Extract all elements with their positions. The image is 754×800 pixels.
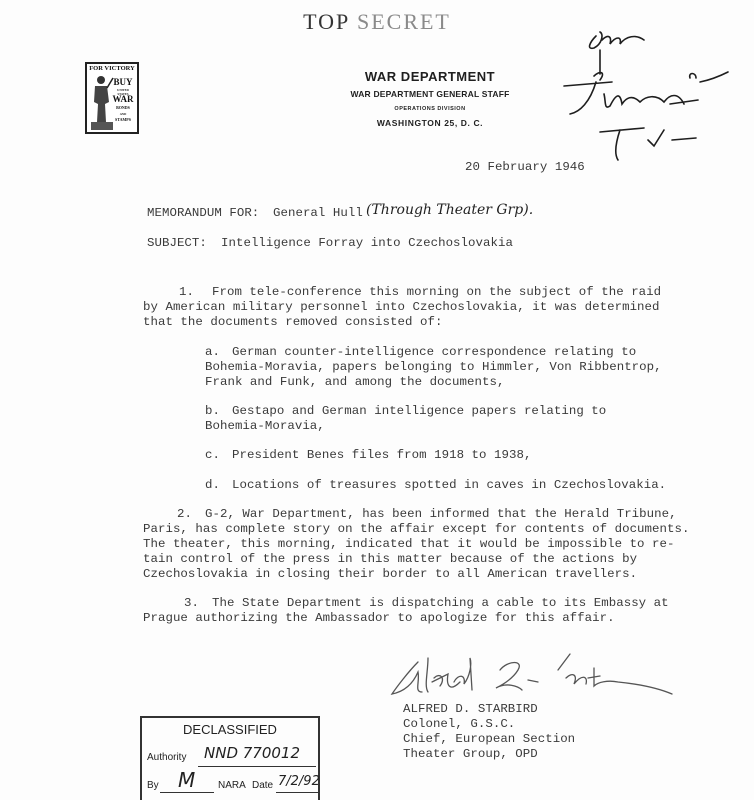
paragraph-1-number: 1. <box>179 285 194 299</box>
sub-item-b-letter: b. <box>205 404 220 418</box>
signer-name: ALFRED D. STARBIRD <box>403 702 538 716</box>
authority-value: NND 770012 <box>204 744 300 762</box>
sub-item-a-line: Bohemia-Moravia, papers belonging to Him… <box>205 360 662 374</box>
paragraph-1-line: From tele-conference this morning on the… <box>212 285 661 299</box>
handwritten-signature <box>388 652 678 702</box>
by-value: M <box>178 768 195 792</box>
paragraph-2-line: G-2, War Department, has been informed t… <box>205 507 677 521</box>
paragraph-3-line: Prague authorizing the Ambassador to apo… <box>143 611 615 625</box>
nara-label: NARA <box>218 780 246 791</box>
declassified-title: DECLASSIFIED <box>142 722 318 737</box>
signer-group: Theater Group, OPD <box>403 747 538 761</box>
authority-underline <box>198 766 316 767</box>
letterhead-address: WASHINGTON 25, D. C. <box>280 118 580 128</box>
memo-subject-value: Intelligence Forray into Czechoslovakia <box>221 236 513 250</box>
memo-page: TOP SECRET FOR VICTORY BUY UNITED STATES… <box>0 0 754 800</box>
war-bonds-poster-logo: FOR VICTORY BUY UNITED STATES WAR BONDS … <box>85 62 139 134</box>
memo-date: 20 February 1946 <box>465 160 585 174</box>
memo-for-recipient: General Hull <box>273 206 363 220</box>
memo-subject-label: SUBJECT: <box>147 236 207 250</box>
poster-buy: BUY <box>112 77 134 87</box>
sub-item-d-line: Locations of treasures spotted in caves … <box>232 478 666 492</box>
sub-item-b-line: Gestapo and German intelligence papers r… <box>232 404 606 418</box>
authority-label: Authority <box>147 752 186 763</box>
classification-secret: SECRET <box>357 9 451 34</box>
poster-stamps: STAMPS <box>112 117 134 122</box>
poster-top-text: FOR VICTORY <box>87 65 137 72</box>
paragraph-2-line: Paris, has complete story on the affair … <box>143 522 689 536</box>
signer-rank: Colonel, G.S.C. <box>403 717 515 731</box>
by-underline <box>160 792 214 793</box>
paragraph-2-line: The theater, this morning, indicated tha… <box>143 537 674 551</box>
sub-item-a-line: Frank and Funk, and among the documents, <box>205 375 504 389</box>
sub-item-a-letter: a. <box>205 345 220 359</box>
paragraph-2-line: tain control of the press in this matter… <box>143 552 637 566</box>
paragraph-3-number: 3. <box>184 596 199 610</box>
paragraph-2-line: Czechoslovakia in closing their border t… <box>143 567 637 581</box>
letterhead-department: WAR DEPARTMENT <box>280 69 580 84</box>
date-underline <box>276 792 318 793</box>
sub-item-a-line: German counter-intelligence corresponden… <box>232 345 636 359</box>
poster-and: AND <box>112 112 134 116</box>
paragraph-3-line: The State Department is dispatching a ca… <box>212 596 669 610</box>
sub-item-c-letter: c. <box>205 448 220 462</box>
declassified-stamp: DECLASSIFIED Authority NND 770012 By M N… <box>140 716 320 800</box>
classification-top: TOP <box>303 9 357 34</box>
poster-war: WAR <box>112 94 134 104</box>
letterhead-staff: WAR DEPARTMENT GENERAL STAFF <box>280 89 580 99</box>
by-label: By <box>147 780 159 791</box>
memo-for-label: MEMORANDUM FOR: <box>147 206 259 220</box>
paragraph-1-line: that the documents removed consisted of: <box>143 315 442 329</box>
memo-for-handwritten-annotation: (Through Theater Grp). <box>366 202 533 218</box>
sub-item-c-line: President Benes files from 1918 to 1938, <box>232 448 531 462</box>
svg-text:Jane: Jane <box>560 22 588 26</box>
date-value: 7/2/92 <box>278 774 320 789</box>
signer-title: Chief, European Section <box>403 732 575 746</box>
poster-bonds: BONDS <box>112 105 134 110</box>
signature-scribble-icon <box>388 652 678 702</box>
sub-item-b-line: Bohemia-Moravia, <box>205 419 325 433</box>
sub-item-d-letter: d. <box>205 478 220 492</box>
handwritten-routing-note: Jane <box>560 22 750 162</box>
date-label: Date <box>252 780 273 791</box>
paragraph-1-line: by American military personnel into Czec… <box>143 300 660 314</box>
letterhead-division: OPERATIONS DIVISION <box>280 106 580 112</box>
paragraph-2-number: 2. <box>177 507 192 521</box>
handwriting-scribble-icon: Jane <box>560 22 750 162</box>
